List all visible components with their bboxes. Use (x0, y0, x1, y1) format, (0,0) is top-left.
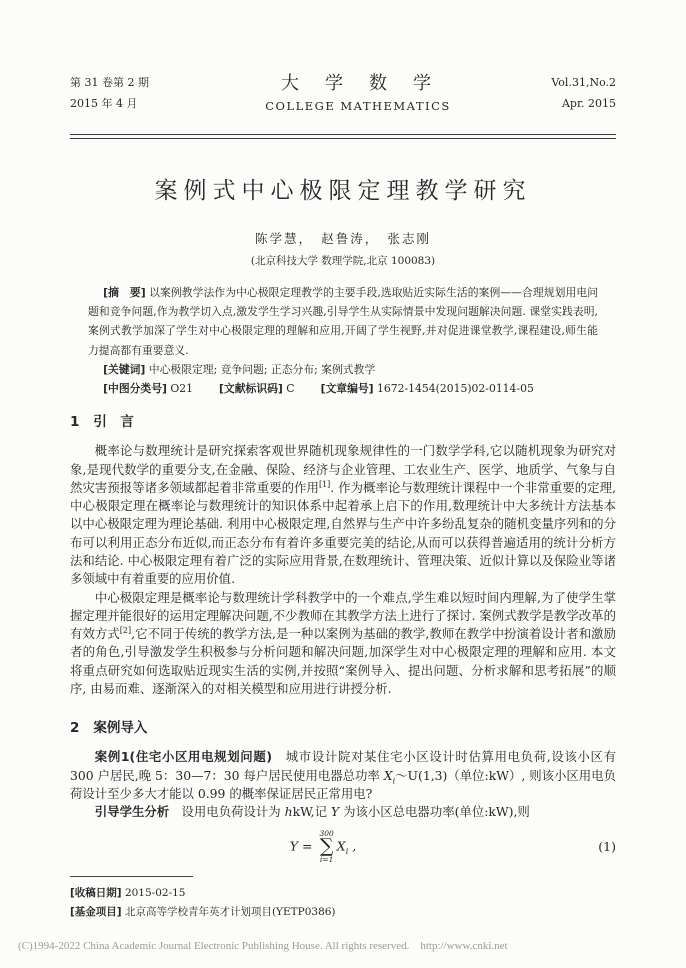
fund-project-note: [基金项目] 北京高等学校青年英才计划项目(YETP0386) (70, 903, 616, 923)
section-introduction: 1引 言 概率论与数理统计是研究探索客观世界随机现象规律性的一门数学学科,它以随… (70, 410, 616, 698)
clc-label: [中图分类号] (103, 382, 167, 395)
issue-date-cn: 2015 年 4 月 (70, 93, 220, 114)
volume-info: Vol.31,No.2 Apr. 2015 (496, 72, 616, 114)
equation-trail: , (348, 838, 356, 853)
text-run: h (285, 804, 293, 819)
equation-term: X (337, 838, 346, 853)
section-heading: 2案例导入 (70, 716, 616, 736)
equation-number: (1) (576, 839, 616, 854)
header-divider (70, 134, 616, 139)
case-paragraph: 案例1(住宅小区用电规划问题) 城市设计院对某住宅小区设计时估算用电负荷,设该小… (70, 748, 616, 803)
keywords-line: [关键词] 中心极限定理; 竞争问题; 正态分布; 案例式教学 (88, 360, 598, 379)
text-run: 为该小区总电器功率(单位:kW),则 (339, 804, 530, 819)
page-title: 案例式中心极限定理教学研究 (70, 172, 616, 205)
text-run: [1] (319, 480, 330, 489)
doc-code-label: [文献标识码] (219, 382, 283, 395)
keywords-text: 中心极限定理; 竞争问题; 正态分布; 案例式教学 (145, 363, 375, 376)
article-id-label: [文章编号] (321, 382, 374, 395)
cnki-copyright-line: (C)1994-2022 China Academic Journal Elec… (18, 940, 668, 952)
abstract-text: 以案例教学法作为中心极限定理教学的主要手段,选取贴近实际生活的案例——合理规划用… (88, 286, 598, 357)
equation-body: Y = 300∑i=1Xi , (70, 830, 576, 864)
text-run: [2] (120, 626, 131, 635)
journal-name: 大 学 数 学 COLLEGE MATHEMATICS (220, 72, 496, 116)
received-date-value: 2015-02-15 (122, 887, 186, 899)
footnote-block: [收稿日期] 2015-02-15 [基金项目] 北京高等学校青年英才计划项目(… (70, 876, 616, 923)
summation-symbol: 300∑i=1 (319, 830, 333, 864)
body-paragraph: 概率论与数理统计是研究探索客观世界随机现象规律性的一门数学学科,它以随机现象为研… (70, 442, 616, 588)
text-run: 引导学生分析 (95, 804, 182, 819)
section-title: 案例导入 (93, 720, 147, 736)
issue-number: 第 31 卷第 2 期 (70, 72, 220, 93)
text-run: 设用电负荷设计为 (182, 804, 285, 819)
journal-name-cn: 大 学 数 学 (220, 72, 496, 96)
section-number: 2 (70, 720, 79, 736)
sigma-icon: ∑ (320, 837, 334, 856)
doc-code-value: C (283, 382, 295, 395)
fund-project-label: [基金项目] (70, 906, 122, 918)
abstract-label: [摘 要] (103, 286, 146, 299)
keywords-label: [关键词] (103, 363, 145, 376)
received-date-label: [收稿日期] (70, 887, 122, 899)
text-run: X (384, 768, 393, 783)
section-title: 引 言 (93, 414, 134, 430)
section-case-import: 2案例导入 案例1(住宅小区用电规划问题) 城市设计院对某住宅小区设计时估算用电… (70, 716, 616, 865)
journal-header: 第 31 卷第 2 期 2015 年 4 月 大 学 数 学 COLLEGE M… (70, 0, 616, 116)
text-run: ,它不同于传统的教学方法,是一种以案例为基础的教学,教师在教学中扮演着设计者和激… (70, 626, 616, 696)
volume-number: Vol.31,No.2 (496, 72, 616, 93)
text-run: 案例1(住宅小区用电规划问题) (95, 749, 286, 764)
sum-lower-limit: i=1 (320, 856, 333, 864)
received-date-note: [收稿日期] 2015-02-15 (70, 884, 616, 904)
body-paragraph: 中心极限定理是概率论与数理统计学科教学中的一个难点,学生难以短时间内理解,为了使… (70, 589, 616, 699)
paper-page: 第 31 卷第 2 期 2015 年 4 月 大 学 数 学 COLLEGE M… (0, 0, 686, 968)
author-names: 陈学慧， 赵鲁涛， 张志刚 (70, 229, 616, 247)
article-id-value: 1672-1454(2015)02-0114-05 (374, 382, 534, 395)
fund-project-value: 北京高等学校青年英才计划项目(YETP0386) (122, 906, 336, 918)
abstract-block: [摘 要] 以案例教学法作为中心极限定理教学的主要手段,选取贴近实际生活的案例—… (88, 283, 598, 398)
classification-line: [中图分类号] O21[文献标识码] C[文章编号] 1672-1454(201… (88, 379, 598, 398)
analysis-paragraph: 引导学生分析 设用电负荷设计为 hkW,记 Y 为该小区总电器功率(单位:kW)… (70, 803, 616, 821)
issue-info: 第 31 卷第 2 期 2015 年 4 月 (70, 72, 220, 114)
text-run: Y (331, 804, 339, 819)
journal-name-en: COLLEGE MATHEMATICS (220, 96, 496, 116)
section-heading: 1引 言 (70, 410, 616, 430)
abstract-paragraph: [摘 要] 以案例教学法作为中心极限定理教学的主要手段,选取贴近实际生活的案例—… (88, 283, 598, 360)
text-run: . 作为概率论与数理统计课程中一个非常重要的定理,中心极限定理在概率论与数理统计… (70, 480, 616, 586)
equation-lhs: Y = (290, 838, 317, 853)
footnote-divider (70, 876, 193, 877)
equation-1: Y = 300∑i=1Xi , (1) (70, 828, 616, 866)
section-number: 1 (70, 414, 79, 430)
clc-value: O21 (167, 382, 193, 395)
issue-date-en: Apr. 2015 (496, 93, 616, 114)
author-affiliation: (北京科技大学 数理学院,北京 100083) (70, 253, 616, 268)
text-run: kW,记 (293, 804, 331, 819)
